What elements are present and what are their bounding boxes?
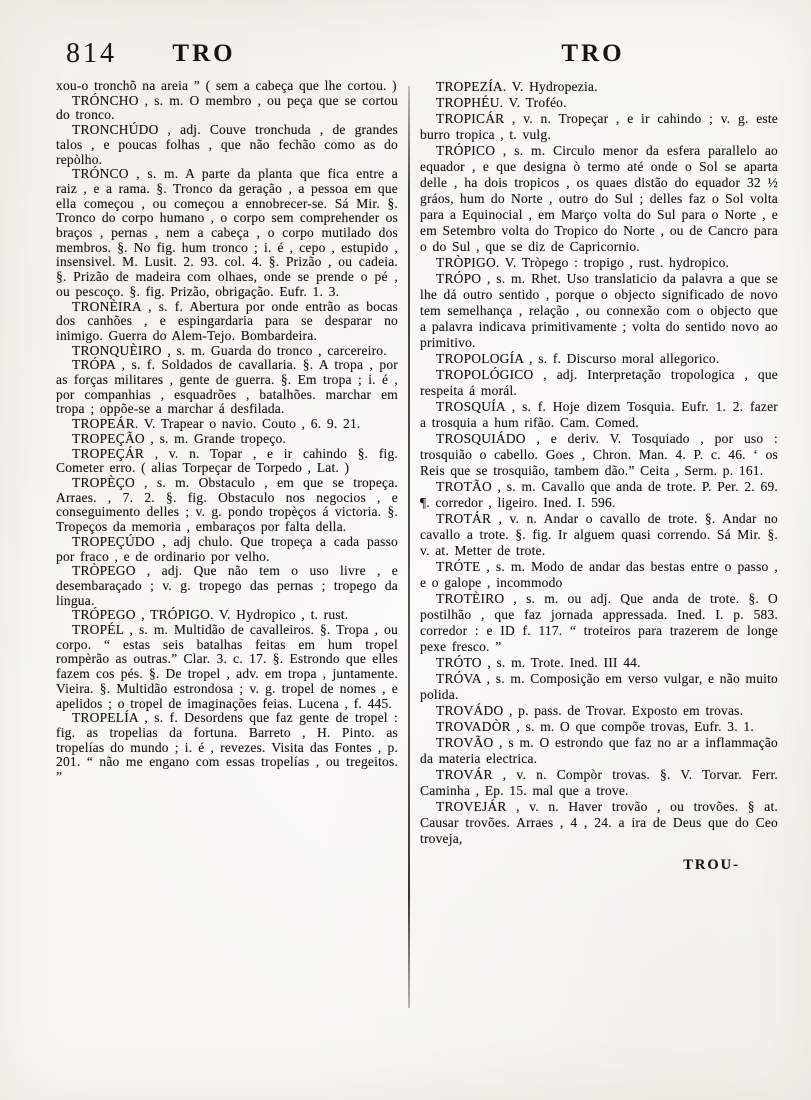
dictionary-entry-tropo: TRÓPO , s. m. Rhet. Uso translaticio da …	[420, 271, 778, 351]
right-column: TROPEZÍA. V. Hydropezia. TROPHÉU. V. Tro…	[408, 79, 778, 874]
dictionary-entry-tropel: TROPÉL , s. m. Multidão de cavalleiros. …	[56, 623, 398, 711]
dictionary-entry-tropigo: TRÒPIGO. V. Tròpego : tropigo , rust. hy…	[420, 255, 778, 271]
dictionary-entry-troncho: TRÓNCHO , s. m. O membro , ou peça que s…	[56, 94, 398, 123]
dictionary-entry-trovao: TROVÃO , s m. O estrondo que faz no ar a…	[420, 735, 778, 767]
running-title-left: TRO	[0, 40, 408, 68]
dictionary-entry-trosquia: TROSQUÍA , s. f. Hoje dizem Tosquia. Euf…	[420, 399, 778, 431]
dictionary-entry-tropa: TRÓPA , s. f. Soldados de cavallaria. §.…	[56, 358, 398, 417]
dictionary-entry-trovejar: TROVEJÁR , v. n. Haver trovão , ou trovõ…	[420, 799, 778, 847]
dictionary-entry-tropego-tropigo: TRÓPEGO , TRÓPIGO. V. Hydropico , t. rus…	[56, 608, 398, 623]
dictionary-entry-trote: TRÓTE , s. m. Modo de andar das bestas e…	[420, 559, 778, 591]
dictionary-entry-trovar: TROVÁR , v. n. Compòr trovas. §. V. Torv…	[420, 767, 778, 799]
dictionary-entry-tropologia: TROPOLOGÍA , s. f. Discurso moral allego…	[420, 351, 778, 367]
dictionary-page-scan: 814 TRO TRO xou-o tronchõ na areia ” ( s…	[0, 0, 811, 1100]
dictionary-entry-trovado: TROVÁDO , p. pass. de Trovar. Exposto em…	[420, 703, 778, 719]
dictionary-entry-trotao: TROTÃO , s. m. Cavallo que anda de trote…	[420, 479, 778, 511]
dictionary-entry-tropelia: TROPELÍA , s. f. Desordens que faz gente…	[56, 711, 398, 785]
dictionary-entry-trova: TRÓVA , s. m. Composição em verso vulgar…	[420, 671, 778, 703]
dictionary-entry-tropologico: TROPOLÓGICO , adj. Interpretação tropolo…	[420, 367, 778, 399]
dictionary-entry-troneira: TRONÈIRA , s. f. Abertura por onde entrã…	[56, 300, 398, 344]
dictionary-entry-tropego: TRÒPEGO , adj. Que não tem o uso livre ,…	[56, 564, 398, 608]
dictionary-entry-continuation: xou-o tronchõ na areia ” ( sem a cabeça …	[56, 79, 398, 94]
dictionary-entry-tropeco: TROPÈÇO , s. m. Obstaculo , em que se tr…	[56, 476, 398, 535]
dictionary-entry-tropear: TROPEÁR. V. Trapear o navio. Couto , 6. …	[56, 417, 398, 432]
dictionary-entry-tropecudo: TROPEÇÚDO , adj chulo. Que tropeça a cad…	[56, 535, 398, 564]
dictionary-entry-tropheu: TROPHÉU. V. Troféo.	[420, 95, 778, 111]
dictionary-entry-tropicar: TROPICÁR , v. n. Tropeçar , e ir cahindo…	[420, 111, 778, 143]
dictionary-entry-tronchudo: TRONCHÚDO , adj. Couve tronchuda , de gr…	[56, 123, 398, 167]
left-column: xou-o tronchõ na areia ” ( sem a cabeça …	[56, 79, 408, 874]
dictionary-entry-troto: TRÓTO , s. m. Trote. Ined. III 44.	[420, 655, 778, 671]
dictionary-entry-trovador: TROVADÒR , s. m. O que compõe trovas, Eu…	[420, 719, 778, 735]
catchword: TROU-	[420, 857, 778, 874]
dictionary-entry-trosquiado: TROSQUIÁDO , e deriv. V. Tosquiado , por…	[420, 431, 778, 479]
dictionary-entry-tropecar: TROPEÇÁR , v. n. Topar , e ir cahindo §.…	[56, 447, 398, 476]
dictionary-entry-tronco: TRÓNCO , s. m. A parte da planta que fic…	[56, 167, 398, 299]
dictionary-entry-tropico: TRÓPICO , s. m. Circulo menor da esfera …	[420, 143, 778, 255]
dictionary-entry-troteiro: TROTÈIRO , s. m. ou adj. Que anda de tro…	[420, 591, 778, 655]
dictionary-entry-tropezia: TROPEZÍA. V. Hydropezia.	[420, 79, 778, 95]
text-columns: xou-o tronchõ na areia ” ( sem a cabeça …	[56, 79, 778, 874]
dictionary-entry-trotar: TROTÁR , v. n. Andar o cavallo de trote.…	[420, 511, 778, 559]
dictionary-entry-tropecao: TROPEÇÃO , s. m. Grande tropeço.	[56, 432, 398, 447]
dictionary-entry-tronqueiro: TRONQUÈIRO , s. m. Guarda do tronco , ca…	[56, 344, 398, 359]
running-title-right: TRO	[408, 40, 778, 68]
